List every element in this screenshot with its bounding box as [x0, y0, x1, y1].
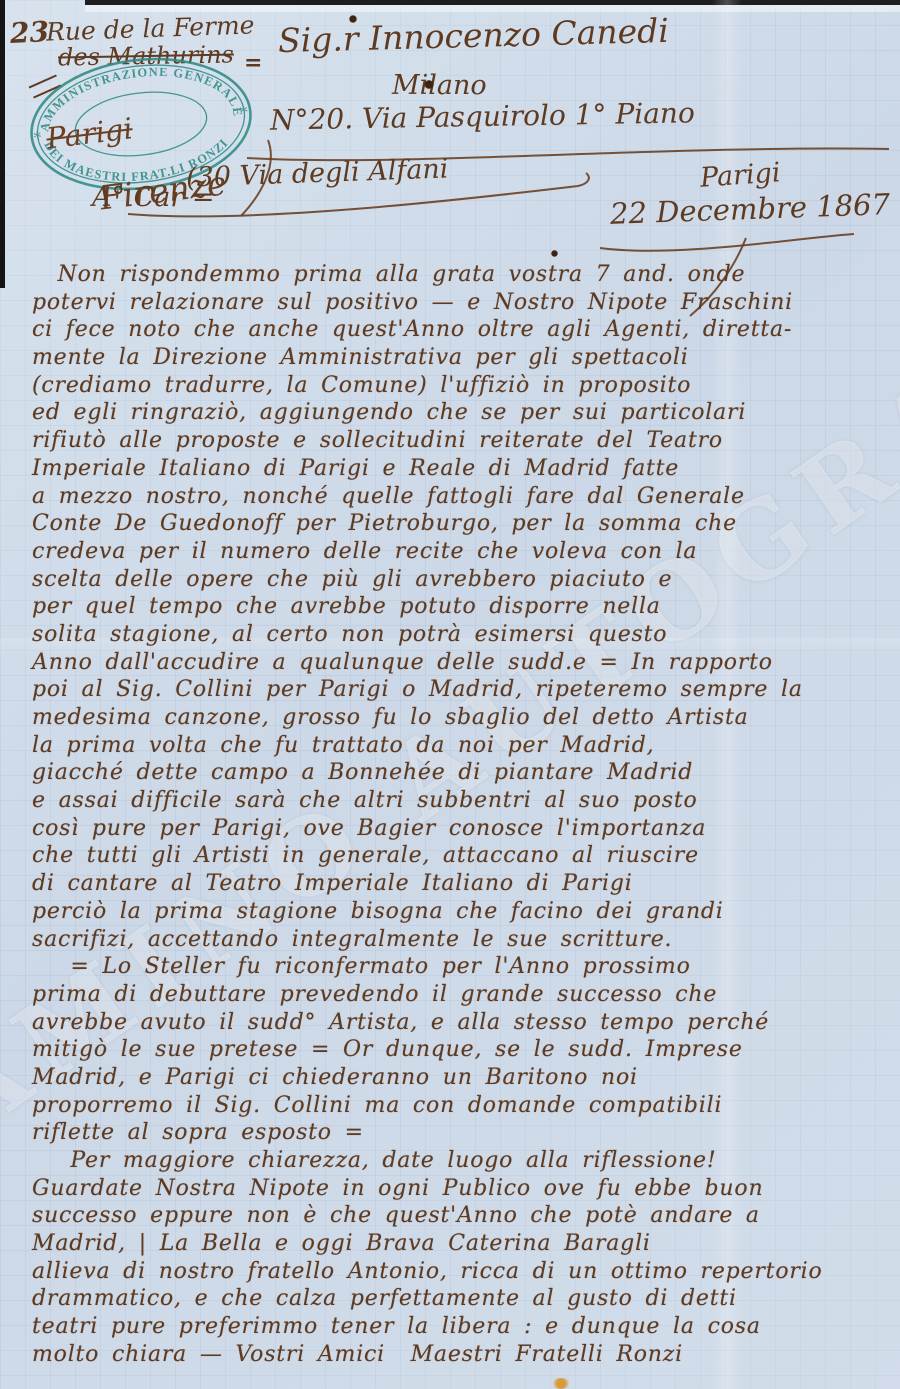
letter-line: per quel tempo che avrebbe potuto dispor… — [32, 594, 892, 622]
letter-line: così pure per Parigi, ove Bagier conosce… — [32, 816, 892, 844]
letter-line: poi al Sig. Collini per Parigi o Madrid,… — [32, 677, 892, 705]
letter-line: di cantare al Teatro Imperiale Italiano … — [32, 871, 892, 899]
letter-line: scelta delle opere che più gli avrebbero… — [32, 567, 892, 595]
letter-line: sacrifizi, accettando integralmente le s… — [32, 927, 892, 955]
letter-line: giacché dette campo a Bonnehée di pianta… — [32, 760, 892, 788]
letter-line: Madrid, e Parigi ci chiederanno un Barit… — [32, 1065, 892, 1093]
letter-line: (crediamo tradurre, la Comune) l'uffiziò… — [32, 373, 892, 401]
recipient-street: N°20. Via Pasquirolo 1° Piano — [270, 96, 695, 136]
letter-line: a mezzo nostro, nonché quelle fattogli f… — [32, 484, 892, 512]
ink-blot — [424, 80, 434, 89]
letter-line: drammatico, e che calza perfettamente al… — [32, 1286, 892, 1314]
letter-line: molto chiara — Vostri Amici Maestri Frat… — [32, 1342, 892, 1370]
corner-number: 23 — [9, 15, 50, 50]
scan-edge-left — [0, 0, 5, 288]
letter-line: solita stagione, al certo non potrà esim… — [32, 622, 892, 650]
letter-line: allieva di nostro fratello Antonio, ricc… — [32, 1259, 892, 1287]
recipient-city: Milano — [392, 70, 487, 101]
dateline-place: Parigi — [699, 157, 781, 194]
stamp-star-right-icon: * — [239, 103, 249, 122]
letter-line: = Lo Steller fu riconfermato per l'Anno … — [32, 954, 892, 982]
letter-line: medesima canzone, grosso fu lo sbaglio d… — [32, 705, 892, 733]
stamp-manuscript-parigi-struck: Parigi — [45, 104, 220, 154]
letter-line: Per maggiore chiarezza, date luogo alla … — [32, 1148, 892, 1176]
letter-line: Madrid, | La Bella e oggi Brava Caterina… — [32, 1231, 892, 1259]
letter-line: Non rispondemmo prima alla grata vostra … — [32, 262, 892, 290]
letter-line: che tutti gli Artisti in generale, attac… — [32, 843, 892, 871]
letter-line: riflette al sopra esposto = — [32, 1120, 892, 1148]
letter-line: Anno dall'accudire a qualunque delle sud… — [32, 650, 892, 678]
letter-line: prima di debuttare prevedendo il grande … — [32, 982, 892, 1010]
scan-edge-top-highlight — [85, 5, 900, 12]
letter-line: Guardate Nostra Nipote in ogni Publico o… — [32, 1176, 892, 1204]
letter-line: successo eppure non è che quest'Anno che… — [32, 1203, 892, 1231]
letter-line: mitigò le sue pretese = Or dunque, se le… — [32, 1037, 892, 1065]
letter-line: avrebbe avuto il sudd° Artista, e alla s… — [32, 1010, 892, 1038]
letter-line: potervi relazionare sul positivo — e Nos… — [32, 290, 892, 318]
ink-blot — [349, 15, 357, 23]
letter-page: TAMINO AUTOGRAPHS 23 Rue de la Ferme des… — [0, 0, 900, 1389]
stamp-star-left-icon: * — [33, 128, 43, 147]
letter-body: Non rispondemmo prima alla grata vostra … — [32, 262, 892, 1370]
letter-line: e assai difficile sarà che altri subbent… — [32, 788, 892, 816]
letter-line: perciò la prima stagione bisogna che fac… — [32, 899, 892, 927]
letter-line: Imperiale Italiano di Parigi e Reale di … — [32, 456, 892, 484]
letter-line: credeva per il numero delle recite che v… — [32, 539, 892, 567]
letter-line: Conte De Guedonoff per Pietroburgo, per … — [32, 511, 892, 539]
letter-line: rifiutò alle proposte e sollecitudini re… — [32, 428, 892, 456]
recipient-name: Sig.r Innocenzo Canedi — [278, 11, 670, 60]
letter-line: la prima volta che fu trattato da noi pe… — [32, 733, 892, 761]
letter-line: ci fece noto che anche quest'Anno oltre … — [32, 317, 892, 345]
letter-line: teatri pure preferimmo tener la libera :… — [32, 1314, 892, 1342]
letter-line: mente la Direzione Amministrativa per gl… — [32, 345, 892, 373]
dateline-date: 22 Decembre 1867 — [609, 187, 890, 231]
paper-stain — [552, 1378, 570, 1389]
salutation: A° Car = — [92, 182, 214, 213]
letter-line: proporremo il Sig. Collini ma con domand… — [32, 1093, 892, 1121]
letter-line: ed egli ringraziò, aggiungendo che se pe… — [32, 400, 892, 428]
ink-blot — [551, 250, 558, 257]
